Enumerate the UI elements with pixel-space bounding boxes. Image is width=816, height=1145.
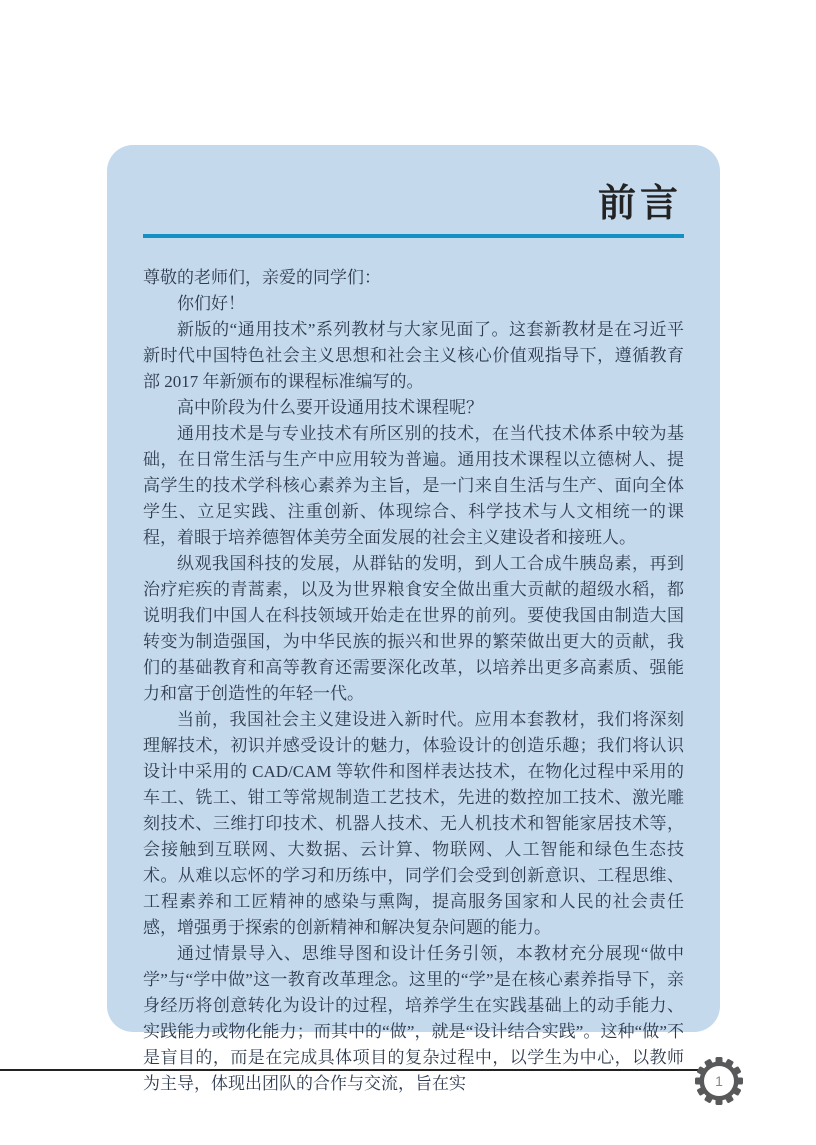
textbook-page: 前言 尊敬的老师们，亲爱的同学们： 你们好！ 新版的“通用技术”系列教材与大家见…	[0, 0, 816, 1145]
page-number-badge: 1	[694, 1056, 744, 1106]
paragraph-new-era: 当前，我国社会主义建设进入新时代。应用本套教材，我们将深刻理解技术，初识并感受设…	[143, 707, 684, 941]
page-title: 前言	[143, 183, 682, 225]
paragraph-new-edition: 新版的“通用技术”系列教材与大家见面了。这套新教材是在习近平新时代中国特色社会主…	[143, 317, 684, 395]
greeting-line: 你们好！	[143, 291, 684, 317]
page-number: 1	[694, 1056, 744, 1106]
paragraph-course-intro: 通用技术是与专业技术有所区别的技术，在当代技术体系中较为基础，在日常生活与生产中…	[143, 421, 684, 551]
title-underline	[143, 234, 684, 238]
preface-body: 尊敬的老师们，亲爱的同学们： 你们好！ 新版的“通用技术”系列教材与大家见面了。…	[143, 265, 684, 1097]
paragraph-learning-by-doing: 通过情景导入、思维导图和设计任务引领，本教材充分展现“做中学”与“学中做”这一教…	[143, 941, 684, 1097]
preface-panel: 前言 尊敬的老师们，亲爱的同学们： 你们好！ 新版的“通用技术”系列教材与大家见…	[107, 145, 720, 1032]
paragraph-science-development: 纵观我国科技的发展，从群钻的发明，到人工合成牛胰岛素，再到治疗疟疾的青蒿素，以及…	[143, 551, 684, 707]
salutation-line: 尊敬的老师们，亲爱的同学们：	[143, 265, 684, 291]
paragraph-question: 高中阶段为什么要开设通用技术课程呢？	[143, 395, 684, 421]
footer-rule	[0, 1069, 698, 1071]
